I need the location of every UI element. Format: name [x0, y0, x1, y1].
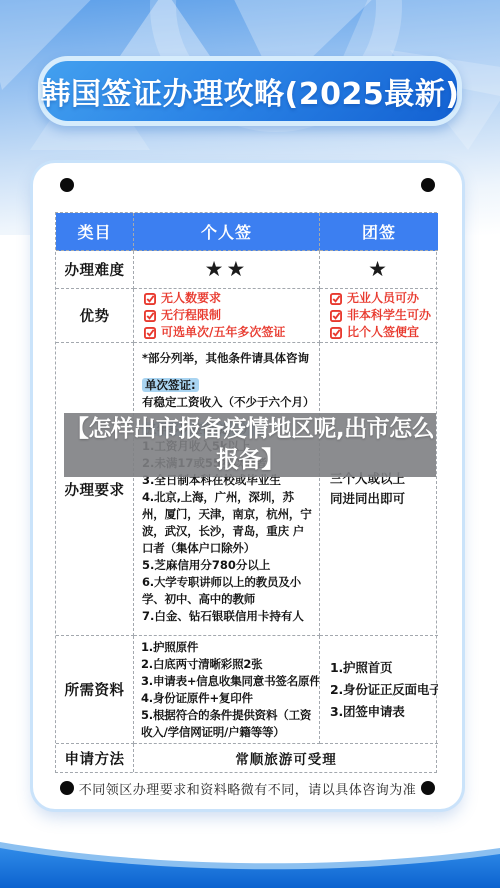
row-documents: 所需资料 1.护照原件 2.白底两寸清晰彩照2张 3.申请表+信息收集同意书签名…	[56, 636, 436, 744]
advantage-text: 无人数要求	[161, 290, 221, 307]
document-item: 3.申请表+信息收集同意书签名原件	[141, 673, 316, 690]
advantage-item: 无行程限制	[144, 307, 319, 324]
advantage-text: 比个人签便宜	[347, 324, 419, 341]
row-requirements: 办理要求 *部分列举，其他条件请具体咨询 单次签证: 有稳定工资收入（不少于六个…	[56, 343, 436, 636]
row-label: 办理难度	[56, 251, 134, 289]
document-item: 2.身份证正反面电子	[330, 680, 435, 699]
checkbox-icon	[144, 310, 156, 322]
row-label: 优势	[56, 289, 134, 343]
content-card: 类目 个人签 团签 办理难度 ★★ ★ 优势 无人数要求	[33, 163, 462, 809]
advantages-group: 无业人员可办 非本科学生可办 比个人签便宜	[320, 289, 438, 343]
poster: 韩国签证办理攻略(2025最新) 类目 个人签 团签 办理难度 ★★ ★	[0, 0, 500, 888]
requirement-item: 7.白金、钻石银联信用卡持有人	[142, 608, 315, 625]
document-item: 5.根据符合的条件提供资料（工资收入/学信网证明/户籍等等）	[141, 707, 316, 741]
corner-dot	[60, 781, 74, 795]
advantage-item: 无人数要求	[144, 290, 319, 307]
row-label: 办理要求	[56, 343, 134, 636]
advantage-item: 非本科学生可办	[330, 307, 438, 324]
advantage-text: 无业人员可办	[347, 290, 419, 307]
document-item: 1.护照原件	[141, 639, 316, 656]
single-visa-requirement: 有稳定工资收入（不少于六个月）	[142, 394, 315, 411]
watermark-text-line2: 报备】	[216, 445, 284, 476]
title-banner: 韩国签证办理攻略(2025最新)	[38, 56, 462, 126]
documents-personal: 1.护照原件 2.白底两寸清晰彩照2张 3.申请表+信息收集同意书签名原件 4.…	[134, 636, 320, 744]
method-value: 常顺旅游可受理	[134, 744, 438, 772]
checkbox-icon	[330, 327, 342, 339]
visa-comparison-table: 类目 个人签 团签 办理难度 ★★ ★ 优势 无人数要求	[55, 212, 437, 773]
difficulty-group: ★	[320, 251, 438, 289]
difficulty-personal: ★★	[134, 251, 320, 289]
page-title: 韩国签证办理攻略(2025最新)	[41, 69, 460, 113]
group-requirement-line: 同进同出即可	[330, 489, 432, 509]
advantage-item: 比个人签便宜	[330, 324, 438, 341]
header-category: 类目	[56, 213, 134, 251]
star-rating: ★★	[205, 259, 249, 280]
document-item: 1.护照首页	[330, 658, 435, 677]
checkbox-icon	[330, 293, 342, 305]
row-label: 所需资料	[56, 636, 134, 744]
document-item: 2.白底两寸清晰彩照2张	[141, 656, 316, 673]
requirements-personal: *部分列举，其他条件请具体咨询 单次签证: 有稳定工资收入（不少于六个月） 五年…	[134, 343, 320, 636]
advantage-text: 可选单次/五年多次签证	[161, 324, 285, 341]
table-header-row: 类目 个人签 团签	[56, 213, 436, 251]
document-item: 3.团签申请表	[330, 702, 435, 721]
requirement-item: 6.大学专职讲师以上的教员及小学、初中、高中的教师	[142, 574, 315, 608]
advantage-text: 无行程限制	[161, 307, 221, 324]
row-advantages: 优势 无人数要求 无行程限制 可选单次/五年多次签证	[56, 289, 436, 343]
checkbox-icon	[144, 293, 156, 305]
row-difficulty: 办理难度 ★★ ★	[56, 251, 436, 289]
header-group-visa: 团签	[320, 213, 438, 251]
bottom-wave	[0, 828, 500, 888]
checkbox-icon	[330, 310, 342, 322]
advantages-personal: 无人数要求 无行程限制 可选单次/五年多次签证	[134, 289, 320, 343]
header-personal-visa: 个人签	[134, 213, 320, 251]
advantage-item: 无业人员可办	[330, 290, 438, 307]
requirement-item: 5.芝麻信用分780分以上	[142, 557, 315, 574]
single-visa-title: 单次签证:	[142, 377, 315, 394]
watermark-text-line1: 【怎样出市报备疫情地区呢,出市怎么	[66, 414, 434, 445]
advantage-item: 可选单次/五年多次签证	[144, 324, 319, 341]
checkbox-icon	[144, 327, 156, 339]
requirements-note: *部分列举，其他条件请具体咨询	[142, 350, 315, 367]
document-item: 4.身份证原件+复印件	[141, 690, 316, 707]
corner-dot	[421, 781, 435, 795]
requirements-group: 三个人或以上 同进同出即可	[320, 343, 438, 636]
watermark-overlay: 【怎样出市报备疫情地区呢,出市怎么 报备】	[64, 413, 436, 477]
advantage-text: 非本科学生可办	[347, 307, 431, 324]
star-rating: ★	[368, 259, 390, 280]
documents-group: 1.护照首页 2.身份证正反面电子 3.团签申请表	[320, 636, 438, 744]
row-method: 申请方法 常顺旅游可受理	[56, 744, 436, 772]
row-label: 申请方法	[56, 744, 134, 772]
corner-dot	[60, 178, 74, 192]
corner-dot	[421, 178, 435, 192]
footer-note: 不同领区办理要求和资料略微有不同，请以具体咨询为准	[73, 779, 422, 797]
requirement-item: 4.北京,上海，广州，深圳，苏州，厦门，天津，南京，杭州，宁波，武汉，长沙，青岛…	[142, 489, 315, 557]
